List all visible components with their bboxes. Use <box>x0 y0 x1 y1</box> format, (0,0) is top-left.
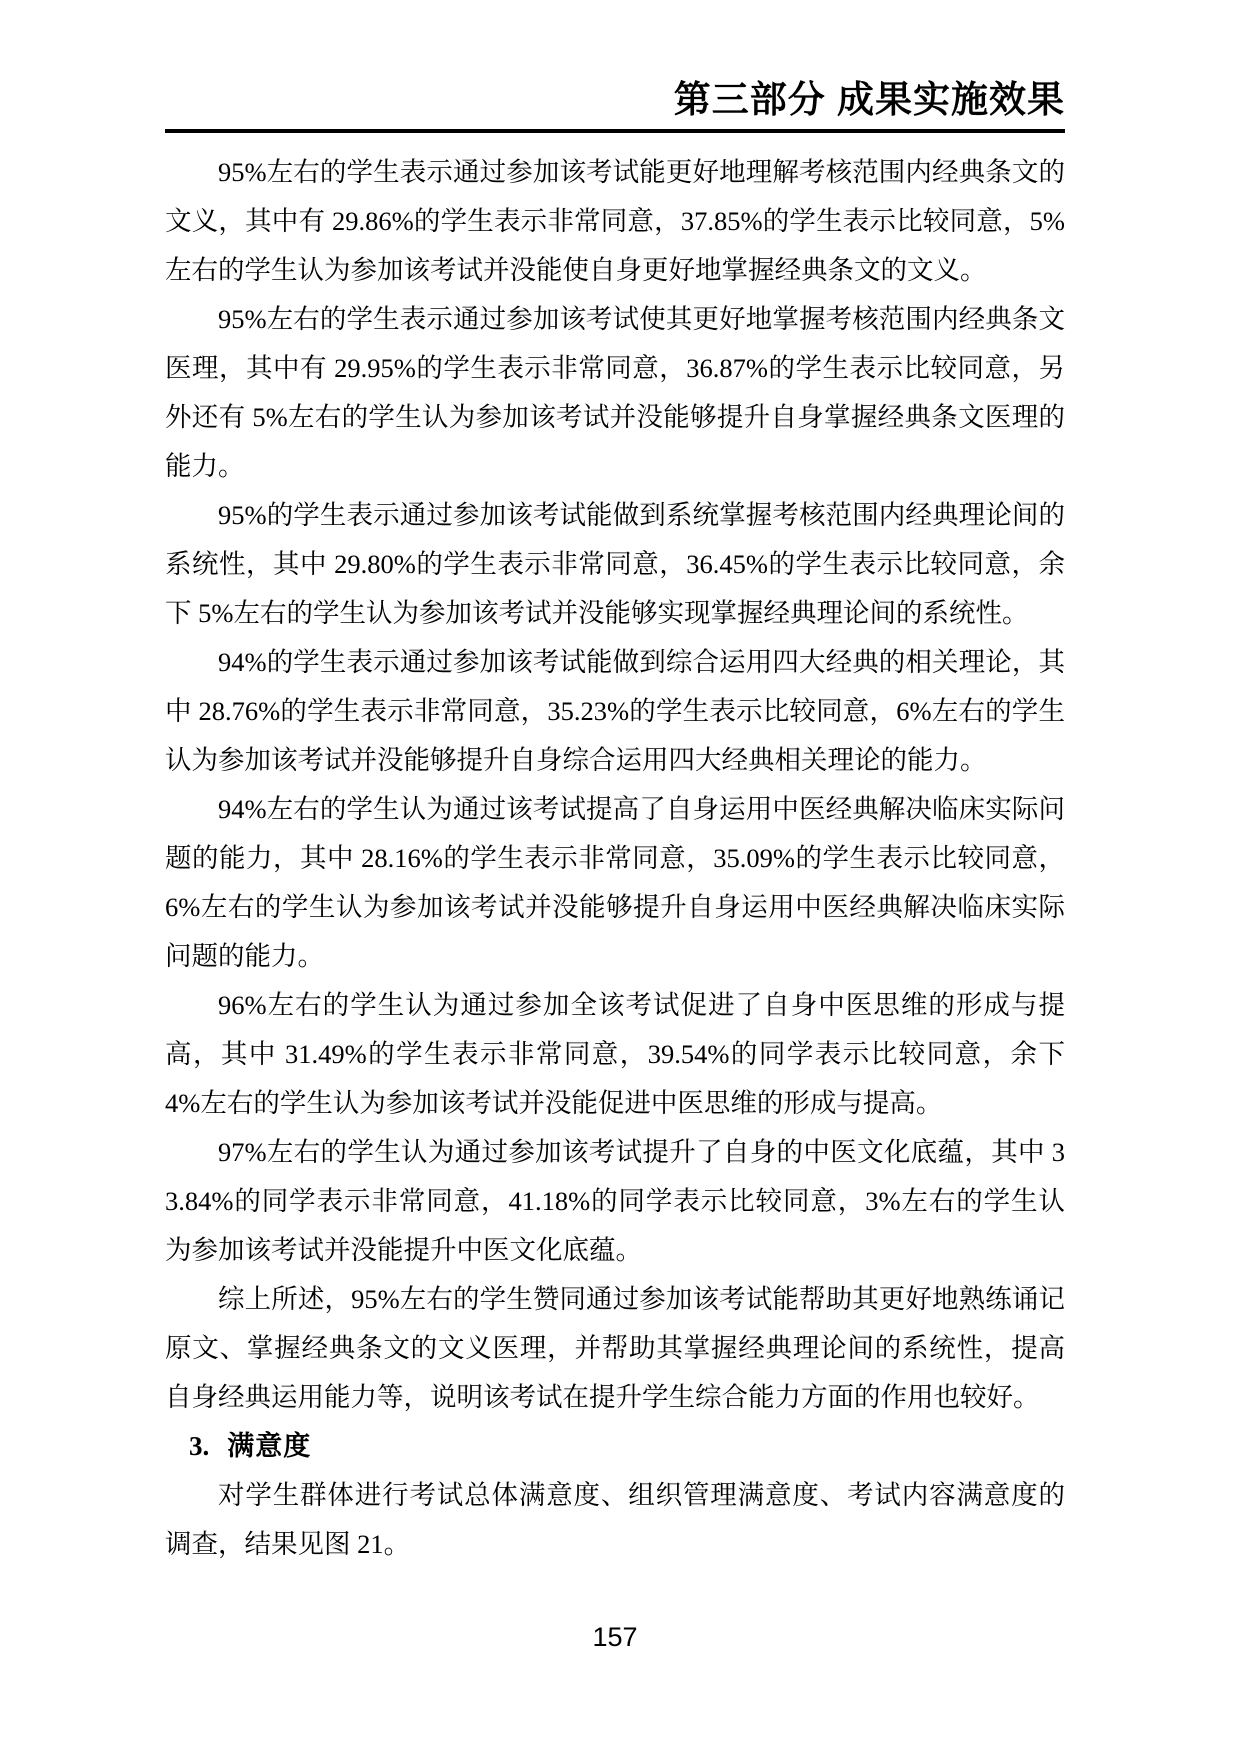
page-number: 157 <box>592 1622 637 1652</box>
content-column: 第三部分 成果实施效果 95%左右的学生表示通过参加该考试能更好地理解考核范围内… <box>165 0 1065 1569</box>
paragraph-8: 综上所述，95%左右的学生赞同通过参加该考试能帮助其更好地熟练诵记原文、掌握经典… <box>165 1275 1065 1422</box>
section-heading: 3. 满意度 <box>165 1422 1065 1471</box>
page-footer: 157 <box>165 1622 1065 1653</box>
section-title: 满意度 <box>227 1422 311 1471</box>
paragraph-6: 96%左右的学生认为通过参加全该考试促进了自身中医思维的形成与提高，其中 31.… <box>165 981 1065 1128</box>
section-number: 3. <box>189 1422 209 1471</box>
page-header-title: 第三部分 成果实施效果 <box>674 80 1065 121</box>
paragraph-9: 对学生群体进行考试总体满意度、组织管理满意度、考试内容满意度的调查，结果见图 2… <box>165 1471 1065 1569</box>
document-page: 第三部分 成果实施效果 95%左右的学生表示通过参加该考试能更好地理解考核范围内… <box>0 0 1234 1746</box>
paragraph-3: 95%的学生表示通过参加该考试能做到系统掌握考核范围内经典理论间的系统性，其中 … <box>165 491 1065 638</box>
paragraph-4: 94%的学生表示通过参加该考试能做到综合运用四大经典的相关理论，其中 28.76… <box>165 638 1065 785</box>
page-body: 95%左右的学生表示通过参加该考试能更好地理解考核范围内经典条文的文义，其中有 … <box>165 133 1065 1569</box>
paragraph-2: 95%左右的学生表示通过参加该考试使其更好地掌握考核范围内经典条文医理，其中有 … <box>165 295 1065 491</box>
paragraph-7: 97%左右的学生认为通过参加该考试提升了自身的中医文化底蕴，其中 33.84%的… <box>165 1128 1065 1275</box>
paragraph-5: 94%左右的学生认为通过该考试提高了自身运用中医经典解决临床实际问题的能力，其中… <box>165 785 1065 981</box>
paragraph-1: 95%左右的学生表示通过参加该考试能更好地理解考核范围内经典条文的文义，其中有 … <box>165 148 1065 295</box>
page-header: 第三部分 成果实施效果 <box>165 0 1065 133</box>
